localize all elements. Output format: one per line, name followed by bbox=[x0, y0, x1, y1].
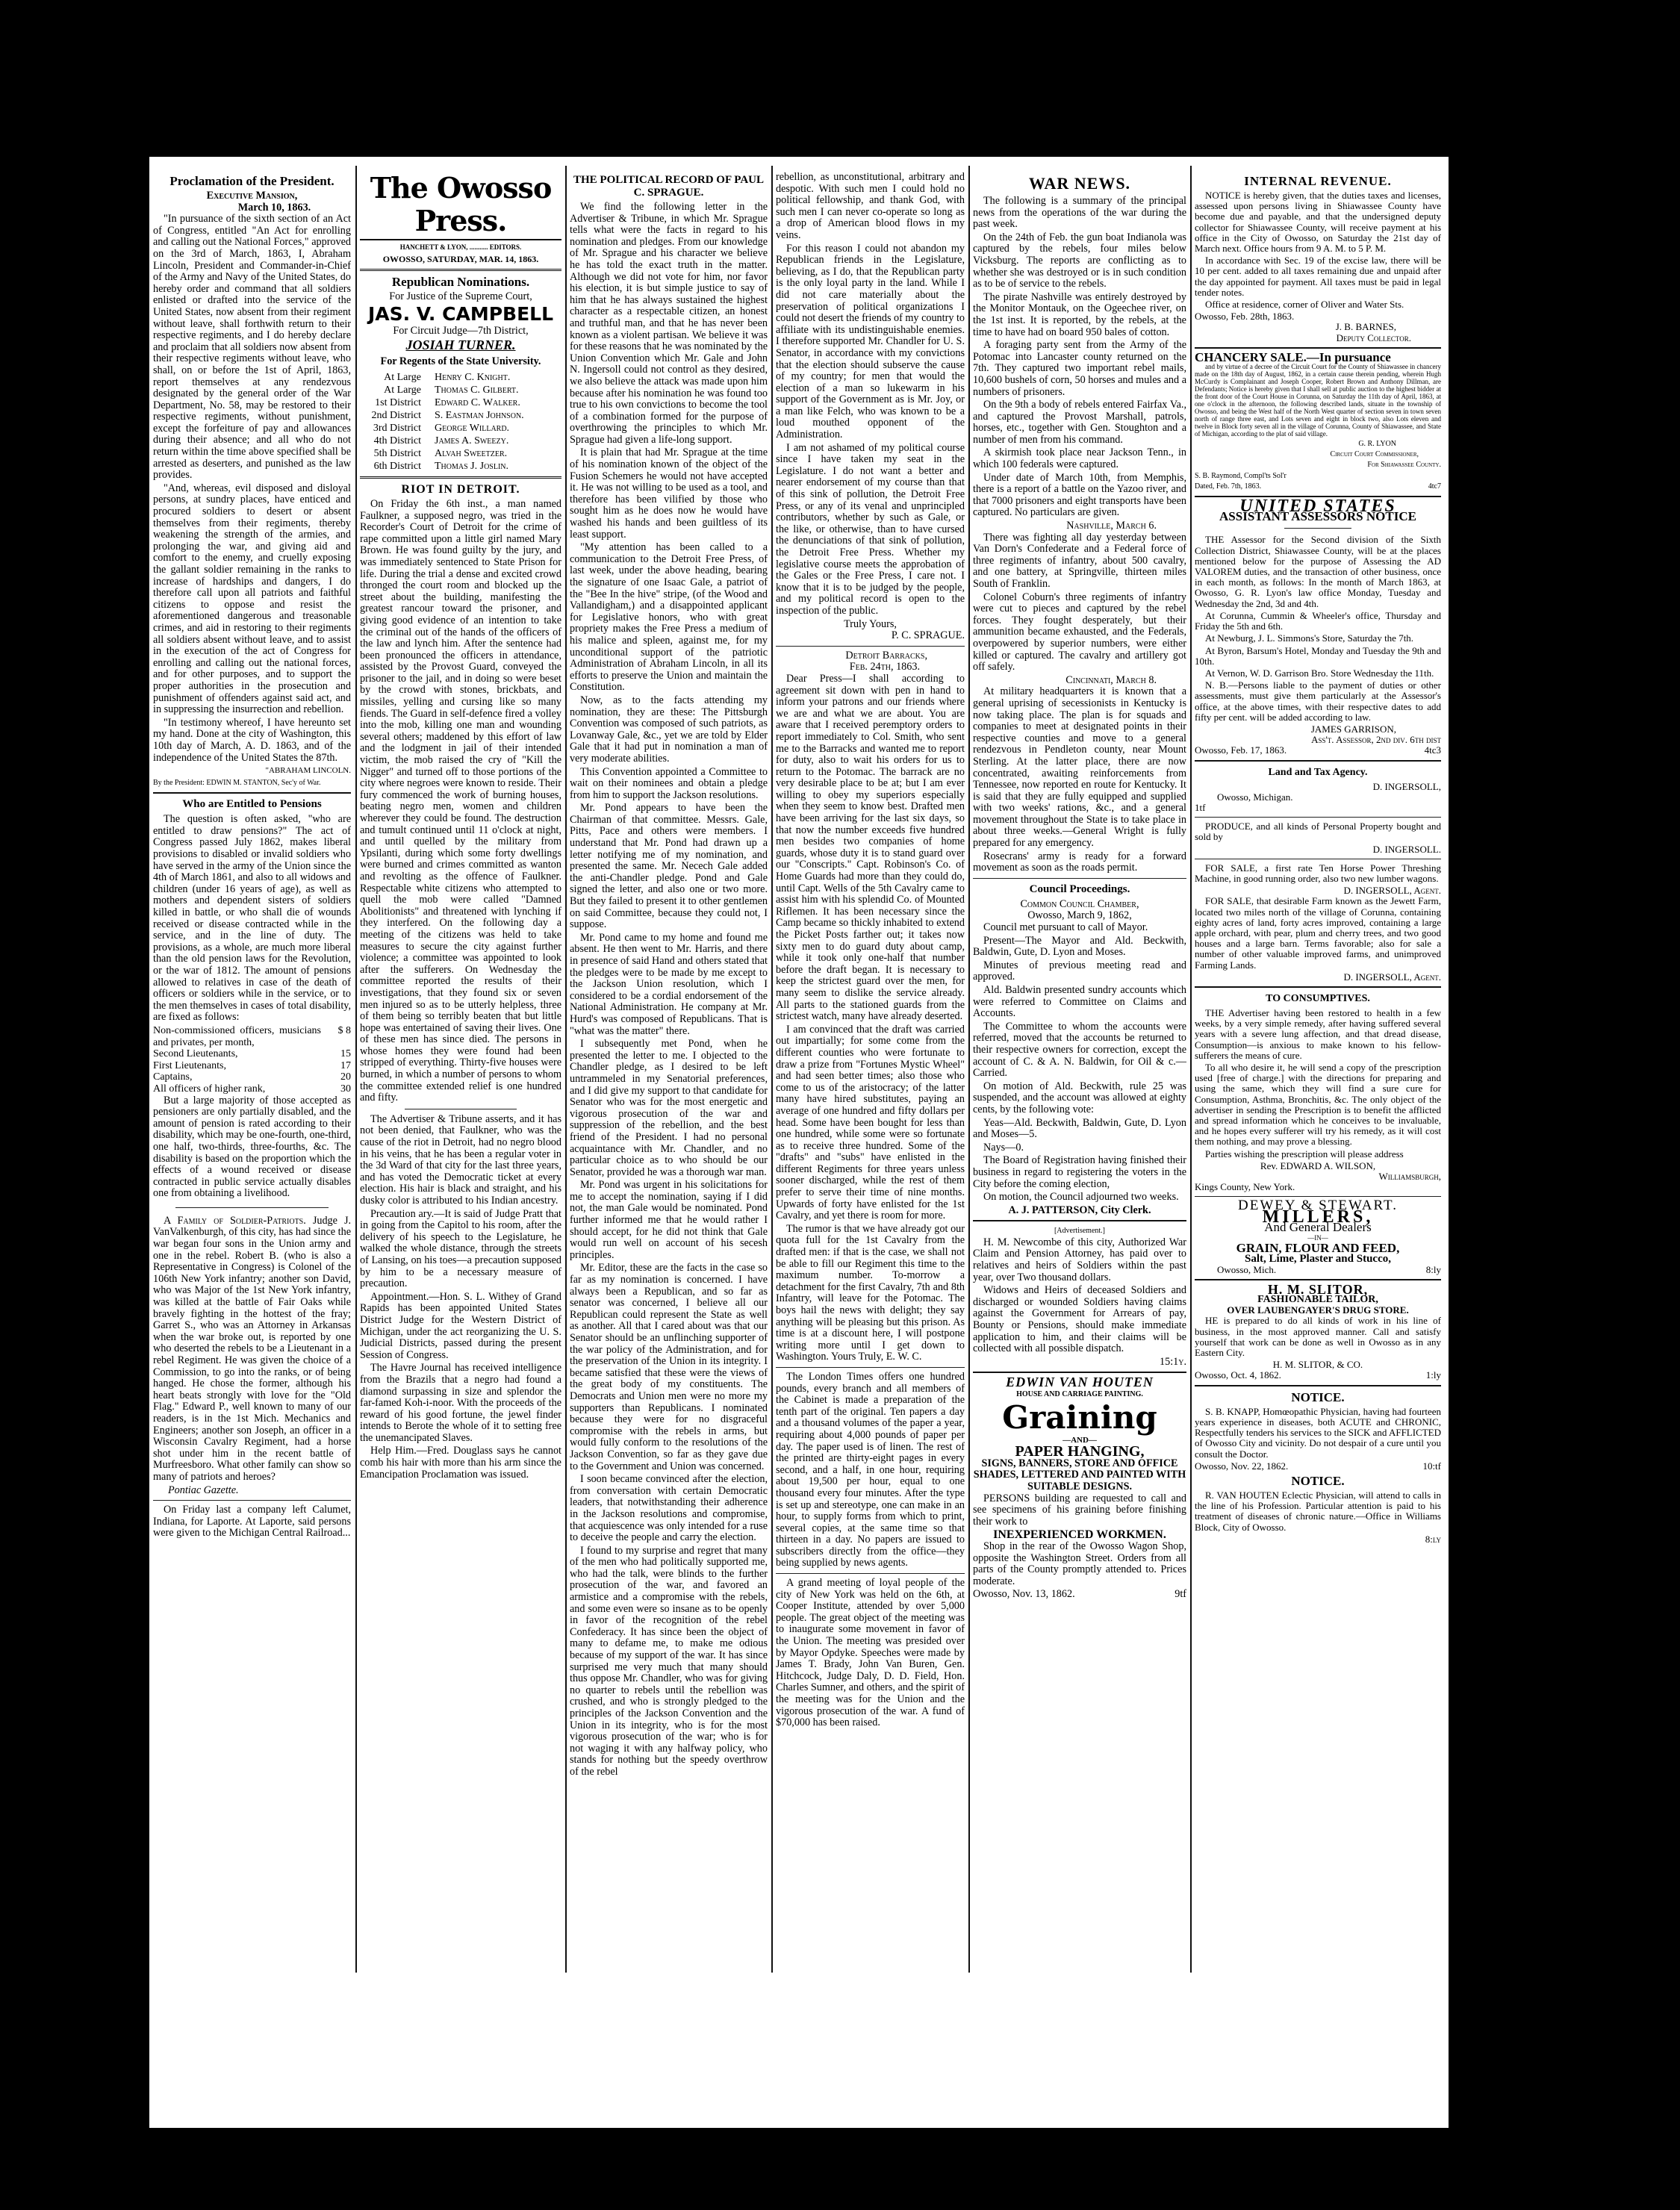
land-place: Owosso, Michigan. bbox=[1195, 792, 1441, 803]
divider bbox=[1195, 817, 1441, 818]
column-rule bbox=[968, 166, 970, 1973]
slitor-name: H. M. SLITOR, bbox=[1195, 1284, 1441, 1295]
paragraph: HE is prepared to do all kinds of work i… bbox=[1195, 1316, 1441, 1358]
ad-code: 4tc3 bbox=[1425, 745, 1441, 756]
divider bbox=[1195, 1279, 1441, 1280]
council-clerk: A. J. PATTERSON, City Clerk. bbox=[973, 1205, 1186, 1217]
chancery-dated: Dated, Feb. 7th, 1863. bbox=[1195, 482, 1261, 492]
ad-code: 8:ly bbox=[1195, 1534, 1441, 1545]
column-rule bbox=[1190, 166, 1192, 1973]
paragraph: Appointment.—Hon. S. L. Withey of Grand … bbox=[360, 1292, 561, 1362]
slitor-date: Owosso, Oct. 4, 1862. bbox=[1195, 1370, 1281, 1381]
paragraph: H. M. Newcombe of this city, Authorized … bbox=[973, 1237, 1186, 1283]
paragraph: I am not ashamed of my political course … bbox=[776, 443, 965, 617]
ad-code: 15:1y. bbox=[973, 1357, 1186, 1369]
consumptives-title: TO CONSUMPTIVES. bbox=[1195, 992, 1441, 1006]
divider bbox=[776, 646, 965, 647]
assessor-date: Owosso, Feb. 17, 1863. bbox=[1195, 745, 1287, 756]
regent-name: Thomas J. Joslin. bbox=[435, 460, 561, 473]
paragraph: The following is a summary of the princi… bbox=[973, 196, 1186, 231]
proclamation-signature: "ABRAHAM LINCOLN. bbox=[153, 765, 351, 777]
regents-list: At LargeHenry C. Knight. At LargeThomas … bbox=[360, 371, 561, 473]
paragraph: For this reason I could not abandon my R… bbox=[776, 243, 965, 441]
masthead-dateline: OWOSSO, SATURDAY, MAR. 14, 1863. bbox=[360, 254, 561, 266]
pension-amount: 17 bbox=[321, 1060, 351, 1072]
divider bbox=[1195, 859, 1441, 859]
paragraph: R. VAN HOUTEN Eclectic Physician, will a… bbox=[1195, 1490, 1441, 1533]
pension-rank: Non-commissioned officers, musicians and… bbox=[153, 1025, 321, 1048]
revenue-title: INTERNAL REVENUE. bbox=[1195, 174, 1441, 188]
assessor-role: Ass't. Assessor, 2nd div. 6th dist bbox=[1195, 735, 1441, 745]
paragraph: In accordance with Sec. 19 of the excise… bbox=[1195, 255, 1441, 298]
pension-rank: First Lieutenants, bbox=[153, 1060, 321, 1072]
court-label: For Justice of the Supreme Court, bbox=[360, 291, 561, 303]
regent-district: 2nd District bbox=[360, 409, 435, 422]
divider bbox=[360, 476, 561, 479]
paragraph: We find the following letter in the Adve… bbox=[570, 202, 768, 446]
divider bbox=[1195, 1196, 1441, 1197]
regent-name: Edward C. Walker. bbox=[435, 396, 561, 409]
paragraph: Rosecrans' army is ready for a forward m… bbox=[973, 851, 1186, 874]
advertisement-label: [Advertisement.] bbox=[973, 1225, 1186, 1237]
proclamation-title: Proclamation of the President. bbox=[153, 174, 351, 188]
regent-name: S. Eastman Johnson. bbox=[435, 409, 561, 422]
regent-name: George Willard. bbox=[435, 422, 561, 435]
paragraph: Office at residence, corner of Oliver an… bbox=[1195, 299, 1441, 310]
paragraph: Shop in the rear of the Owosso Wagon Sho… bbox=[973, 1541, 1186, 1587]
paragraph: Widows and Heirs of deceased Soldiers an… bbox=[973, 1285, 1186, 1355]
column-5: WAR NEWS. The following is a summary of … bbox=[973, 172, 1186, 2120]
vanhouten-name: EDWIN VAN HOUTEN bbox=[973, 1377, 1186, 1389]
column-rule bbox=[771, 166, 773, 1973]
ad-code: 1:ly bbox=[1426, 1370, 1441, 1381]
regent-district: 3rd District bbox=[360, 422, 435, 435]
ad-code: 1tf bbox=[1195, 803, 1441, 813]
paragraph: On the 24th of Feb. the gun boat Indiano… bbox=[973, 232, 1186, 290]
paragraph: On motion of Ald. Beckwith, rule 25 was … bbox=[973, 1081, 1186, 1116]
war-news-title: WAR NEWS. bbox=[973, 174, 1186, 193]
riot-title: RIOT IN DETROIT. bbox=[360, 482, 561, 497]
cincinnati-dateline: Cincinnati, March 8. bbox=[973, 675, 1186, 687]
paragraph: At Newburg, J. L. Simmons's Store, Satur… bbox=[1195, 633, 1441, 644]
chancery-role: Circuit Court Commissioner, bbox=[1195, 449, 1441, 460]
scan-border-right bbox=[1449, 0, 1680, 2210]
family-text: Judge J. VanValkenburgh, of this city, h… bbox=[153, 1215, 351, 1483]
pension-rank: Captains, bbox=[153, 1071, 321, 1083]
paragraph: Mr. Pond was urgent in his solicitations… bbox=[570, 1180, 768, 1261]
divider bbox=[1195, 347, 1441, 349]
masthead-title: The Owosso Press. bbox=[360, 172, 561, 237]
paragraph: Now, as to the facts attending my nomina… bbox=[570, 695, 768, 765]
paragraph: On Friday last a company left Calumet, I… bbox=[153, 1504, 351, 1540]
paragraph: Colonel Coburn's three regiments of infa… bbox=[973, 592, 1186, 673]
paragraph: The rumor is that we have already got ou… bbox=[776, 1224, 965, 1363]
vanhouten-line: SIGNS, BANNERS, STORE AND OFFICE SHADES,… bbox=[973, 1458, 1186, 1493]
divider bbox=[776, 1573, 965, 1574]
divider bbox=[153, 792, 351, 794]
paragraph: I subsequently met Pond, when he present… bbox=[570, 1039, 768, 1178]
paragraph: On motion, the Council adjourned two wee… bbox=[973, 1192, 1186, 1204]
court-nominee: JAS. V. CAMPBELL bbox=[360, 303, 561, 326]
pensions-title: Who are Entitled to Pensions bbox=[153, 797, 351, 812]
millers-line: GRAIN, FLOUR AND FEED, bbox=[1195, 1243, 1441, 1254]
masthead-publishers: HANCHETT & LYON, ........... EDITORS. bbox=[360, 242, 561, 254]
proclamation-attest: By the President: EDWIN M. STANTON, Sec'… bbox=[153, 777, 351, 789]
ad-code: 8:ly bbox=[1426, 1265, 1441, 1275]
paragraph: The Board of Registration having finishe… bbox=[973, 1155, 1186, 1190]
land-title: Land and Tax Agency. bbox=[1195, 765, 1441, 779]
paragraph: This Convention appointed a Committee to… bbox=[570, 767, 768, 802]
paragraph: FOR SALE, that desirable Farm known as t… bbox=[1195, 896, 1441, 970]
divider bbox=[973, 1372, 1186, 1373]
revenue-date: Owosso, Feb. 28th, 1863. bbox=[1195, 311, 1441, 322]
divider bbox=[360, 269, 561, 271]
paragraph: The Committee to whom the accounts were … bbox=[973, 1021, 1186, 1080]
paragraph: "In testimony whereof, I have hereunto s… bbox=[153, 718, 351, 764]
assessor-signature: JAMES GARRISON, bbox=[1195, 724, 1441, 735]
pension-rank: All officers of higher rank, bbox=[153, 1083, 321, 1095]
paragraph: and by virtue of a decree of the Circuit… bbox=[1195, 363, 1441, 438]
ad-code: 4tc7 bbox=[1428, 482, 1441, 492]
slitor-signature: H. M. SLITOR, & CO. bbox=[1195, 1360, 1441, 1370]
council-title: Council Proceedings. bbox=[973, 883, 1186, 897]
knapp-date: Owosso, Nov. 22, 1862. bbox=[1195, 1461, 1288, 1472]
sprague-signature: P. C. SPRAGUE. bbox=[776, 630, 965, 642]
ad-code: 9tf bbox=[1175, 1589, 1186, 1601]
regent-district: 1st District bbox=[360, 396, 435, 409]
pension-amount: 20 bbox=[321, 1071, 351, 1083]
land-name: D. INGERSOLL, bbox=[1195, 782, 1441, 792]
paragraph: N. B.—Persons liable to the payment of d… bbox=[1195, 680, 1441, 723]
column-4: rebellion, as unconstitutional, arbitrar… bbox=[776, 172, 965, 2120]
chancery-solicitor: S. B. Raymond, Compl'ts Sol'r bbox=[1195, 471, 1441, 482]
column-rule bbox=[565, 166, 567, 1973]
divider bbox=[1195, 986, 1441, 988]
assessor-subtitle: ASSISTANT ASSESSORS NOTICE bbox=[1195, 511, 1441, 522]
chancery-title: CHANCERY SALE.—In pursuance bbox=[1195, 352, 1441, 363]
paragraph: At Byron, Barsum's Hotel, Monday and Tue… bbox=[1195, 646, 1441, 667]
regent-district: 4th District bbox=[360, 435, 435, 447]
consumptives-county: Kings County, New York. bbox=[1195, 1182, 1441, 1192]
paragraph: On the 9th a body of rebels entered Fair… bbox=[973, 399, 1186, 446]
paragraph: A grand meeting of loyal people of the c… bbox=[776, 1578, 965, 1729]
paragraph: Ald. Baldwin presented sundry accounts w… bbox=[973, 985, 1186, 1020]
ad-code: 10:tf bbox=[1422, 1461, 1441, 1472]
regent-district: 5th District bbox=[360, 447, 435, 460]
millers-place: Owosso, Mich. bbox=[1195, 1265, 1276, 1275]
barracks-place: Detroit Barracks, bbox=[776, 650, 965, 662]
paragraph: Council met pursuant to call of Mayor. bbox=[973, 922, 1186, 934]
scan-border-left bbox=[0, 0, 149, 2210]
scan-border-bottom bbox=[0, 2128, 1680, 2210]
nominations-title: Republican Nominations. bbox=[360, 275, 561, 289]
paragraph: I soon became convinced after the electi… bbox=[570, 1474, 768, 1544]
pension-amount: $ 8 bbox=[321, 1025, 351, 1048]
paragraph: A skirmish took place near Jackson Tenn.… bbox=[973, 447, 1186, 470]
paper-hanging-headline: PAPER HANGING, bbox=[973, 1446, 1186, 1458]
family-source: Pontiac Gazette. bbox=[153, 1485, 351, 1497]
vanhouten-line: INEXPERIENCED WORKMEN. bbox=[973, 1529, 1186, 1541]
paragraph: At military headquarters it is known tha… bbox=[973, 686, 1186, 849]
paragraph: Mr. Pond appears to have been the Chairm… bbox=[570, 803, 768, 931]
paragraph: I found to my surprise and regret that m… bbox=[570, 1546, 768, 1778]
revenue-role: Deputy Collector. bbox=[1195, 333, 1441, 343]
paragraph: But a large majority of those accepted a… bbox=[153, 1095, 351, 1200]
paragraph: Present—The Mayor and Ald. Beckwith, Bal… bbox=[973, 936, 1186, 959]
slitor-title: FASHIONABLE TAILOR, bbox=[1195, 1295, 1441, 1305]
divider bbox=[1284, 528, 1351, 529]
paragraph: At Corunna, Cummin & Wheeler's office, T… bbox=[1195, 611, 1441, 632]
paragraph: "In pursuance of the sixth section of an… bbox=[153, 214, 351, 482]
column-2: The Owosso Press. HANCHETT & LYON, .....… bbox=[360, 172, 561, 2120]
paragraph: The London Times offers one hundred poun… bbox=[776, 1372, 965, 1569]
divider bbox=[1195, 1385, 1441, 1386]
millers-line: And General Dealers bbox=[1195, 1222, 1441, 1233]
barracks-date: Feb. 24th, 1863. bbox=[776, 662, 965, 673]
paragraph: The Havre Journal has received intellige… bbox=[360, 1363, 561, 1444]
column-6: INTERNAL REVENUE. NOTICE is hereby given… bbox=[1195, 172, 1441, 2120]
knapp-title: NOTICE. bbox=[1195, 1390, 1441, 1404]
regent-district: At Large bbox=[360, 371, 435, 384]
pension-rate-table: Non-commissioned officers, musicians and… bbox=[153, 1025, 351, 1095]
paragraph: Yeas—Ald. Beckwith, Baldwin, Gute, D. Ly… bbox=[973, 1118, 1186, 1141]
paragraph: THE Advertiser having been restored to h… bbox=[1195, 1008, 1441, 1061]
paragraph: The pirate Nashville was entirely destro… bbox=[973, 292, 1186, 338]
paragraph: Mr. Pond came to my home and found me ab… bbox=[570, 933, 768, 1037]
paragraph: It is plain that had Mr. Sprague at the … bbox=[570, 447, 768, 541]
regents-label: For Regents of the State University. bbox=[360, 356, 561, 368]
paragraph: To all who desire it, he will send a cop… bbox=[1195, 1062, 1441, 1148]
paragraph: The question is often asked, "who are en… bbox=[153, 814, 351, 1024]
nashville-dateline: Nashville, March 6. bbox=[973, 520, 1186, 532]
paragraph: PERSONS building are requested to call a… bbox=[973, 1493, 1186, 1528]
divider bbox=[1195, 760, 1441, 762]
regent-district: 6th District bbox=[360, 460, 435, 473]
paragraph: THE Assessor for the Second division of … bbox=[1195, 535, 1441, 608]
land-signature: D. INGERSOLL. bbox=[1195, 844, 1441, 855]
family-lead: A Family of Soldier-Patriots. bbox=[164, 1215, 306, 1227]
graining-headline: Graining bbox=[973, 1401, 1186, 1435]
vanhouten-notice-title: NOTICE. bbox=[1195, 1474, 1441, 1488]
paragraph: Parties wishing the prescription will pl… bbox=[1195, 1149, 1441, 1160]
paragraph: "My attention has been called to a commu… bbox=[570, 542, 768, 694]
pension-amount: 30 bbox=[321, 1083, 351, 1095]
paragraph: Precaution ary.—It is said of Judge Prat… bbox=[360, 1209, 561, 1290]
paragraph: A foraging party sent from the Army of t… bbox=[973, 340, 1186, 398]
chancery-role: For Shiawassee County. bbox=[1195, 460, 1441, 470]
divider bbox=[973, 1220, 1186, 1221]
vanhouten-date: Owosso, Nov. 13, 1862. bbox=[973, 1589, 1075, 1601]
paragraph: The Advertiser & Tribune asserts, and it… bbox=[360, 1114, 561, 1207]
divider bbox=[776, 1367, 965, 1368]
pension-rank: Second Lieutenants, bbox=[153, 1048, 321, 1060]
regent-name: James A. Sweezy. bbox=[435, 435, 561, 447]
paragraph: Help Him.—Fred. Douglass says he cannot … bbox=[360, 1445, 561, 1481]
paragraph: FOR SALE, a first rate Ten Horse Power T… bbox=[1195, 863, 1441, 884]
paragraph: NOTICE is hereby given, that the duties … bbox=[1195, 190, 1441, 254]
land-signature: D. INGERSOLL, Agent. bbox=[1195, 972, 1441, 983]
proclamation-place: Executive Mansion, bbox=[153, 190, 351, 202]
column-1: Proclamation of the President. Executive… bbox=[153, 172, 351, 2120]
sprague-closing: Truly Yours, bbox=[776, 619, 965, 631]
paragraph: S. B. KNAPP, Homœopathic Physician, havi… bbox=[1195, 1407, 1441, 1460]
circuit-nominee: JOSIAH TURNER. bbox=[360, 337, 561, 353]
paragraph: On Friday the 6th inst., a man named Fau… bbox=[360, 499, 561, 1104]
regent-district: At Large bbox=[360, 384, 435, 396]
revenue-signature: J. B. BARNES, bbox=[1195, 322, 1441, 332]
paragraph: There was fighting all day yesterday bet… bbox=[973, 532, 1186, 591]
proclamation-date: March 10, 1863. bbox=[153, 202, 351, 214]
divider bbox=[360, 239, 561, 240]
divider bbox=[175, 1207, 329, 1208]
paragraph: At Vernon, W. D. Garrison Bro. Store Wed… bbox=[1195, 668, 1441, 679]
divider bbox=[153, 1500, 351, 1501]
divider bbox=[973, 878, 1186, 879]
scan-border-top bbox=[0, 0, 1680, 157]
paragraph: Minutes of previous meeting read and app… bbox=[973, 960, 1186, 983]
paragraph: rebellion, as unconstitutional, arbitrar… bbox=[776, 172, 965, 242]
paragraph: I am convinced that the draft was carrie… bbox=[776, 1024, 965, 1222]
paragraph: Under date of March 10th, from Memphis, … bbox=[973, 473, 1186, 519]
chancery-signature: G. R. LYON bbox=[1195, 439, 1441, 449]
column-3: THE POLITICAL RECORD OF PAUL C. SPRAGUE.… bbox=[570, 172, 768, 2120]
paragraph: Mr. Editor, these are the facts in the c… bbox=[570, 1263, 768, 1472]
paragraph: PRODUCE, and all kinds of Personal Prope… bbox=[1195, 821, 1441, 842]
council-date: Owosso, March 9, 1862, bbox=[973, 910, 1186, 922]
circuit-label: For Circuit Judge—7th District, bbox=[360, 326, 561, 337]
paragraph: "And, whereas, evil disposed and disloya… bbox=[153, 483, 351, 716]
regent-name: Henry C. Knight. bbox=[435, 371, 561, 384]
paragraph: Dear Press—I shall according to agreemen… bbox=[776, 673, 965, 1023]
consumptives-town: Williamsburgh, bbox=[1195, 1171, 1441, 1182]
pension-amount: 15 bbox=[321, 1048, 351, 1060]
regent-name: Thomas C. Gilbert. bbox=[435, 384, 561, 396]
council-chamber: Common Council Chamber, bbox=[973, 899, 1186, 911]
millers-line: Salt, Lime, Plaster and Stucco, bbox=[1195, 1254, 1441, 1264]
column-rule bbox=[355, 166, 357, 1973]
slitor-location: OVER LAUBENGAYER'S DRUG STORE. bbox=[1195, 1305, 1441, 1316]
divider bbox=[405, 1109, 517, 1109]
consumptives-signature: Rev. EDWARD A. WILSON, bbox=[1195, 1161, 1441, 1171]
sprague-title: THE POLITICAL RECORD OF PAUL C. SPRAGUE. bbox=[570, 174, 768, 199]
paragraph: Nays—0. bbox=[973, 1142, 1186, 1154]
land-signature: D. INGERSOLL, Agent. bbox=[1195, 885, 1441, 896]
regent-name: Alvah Sweetzer. bbox=[435, 447, 561, 460]
